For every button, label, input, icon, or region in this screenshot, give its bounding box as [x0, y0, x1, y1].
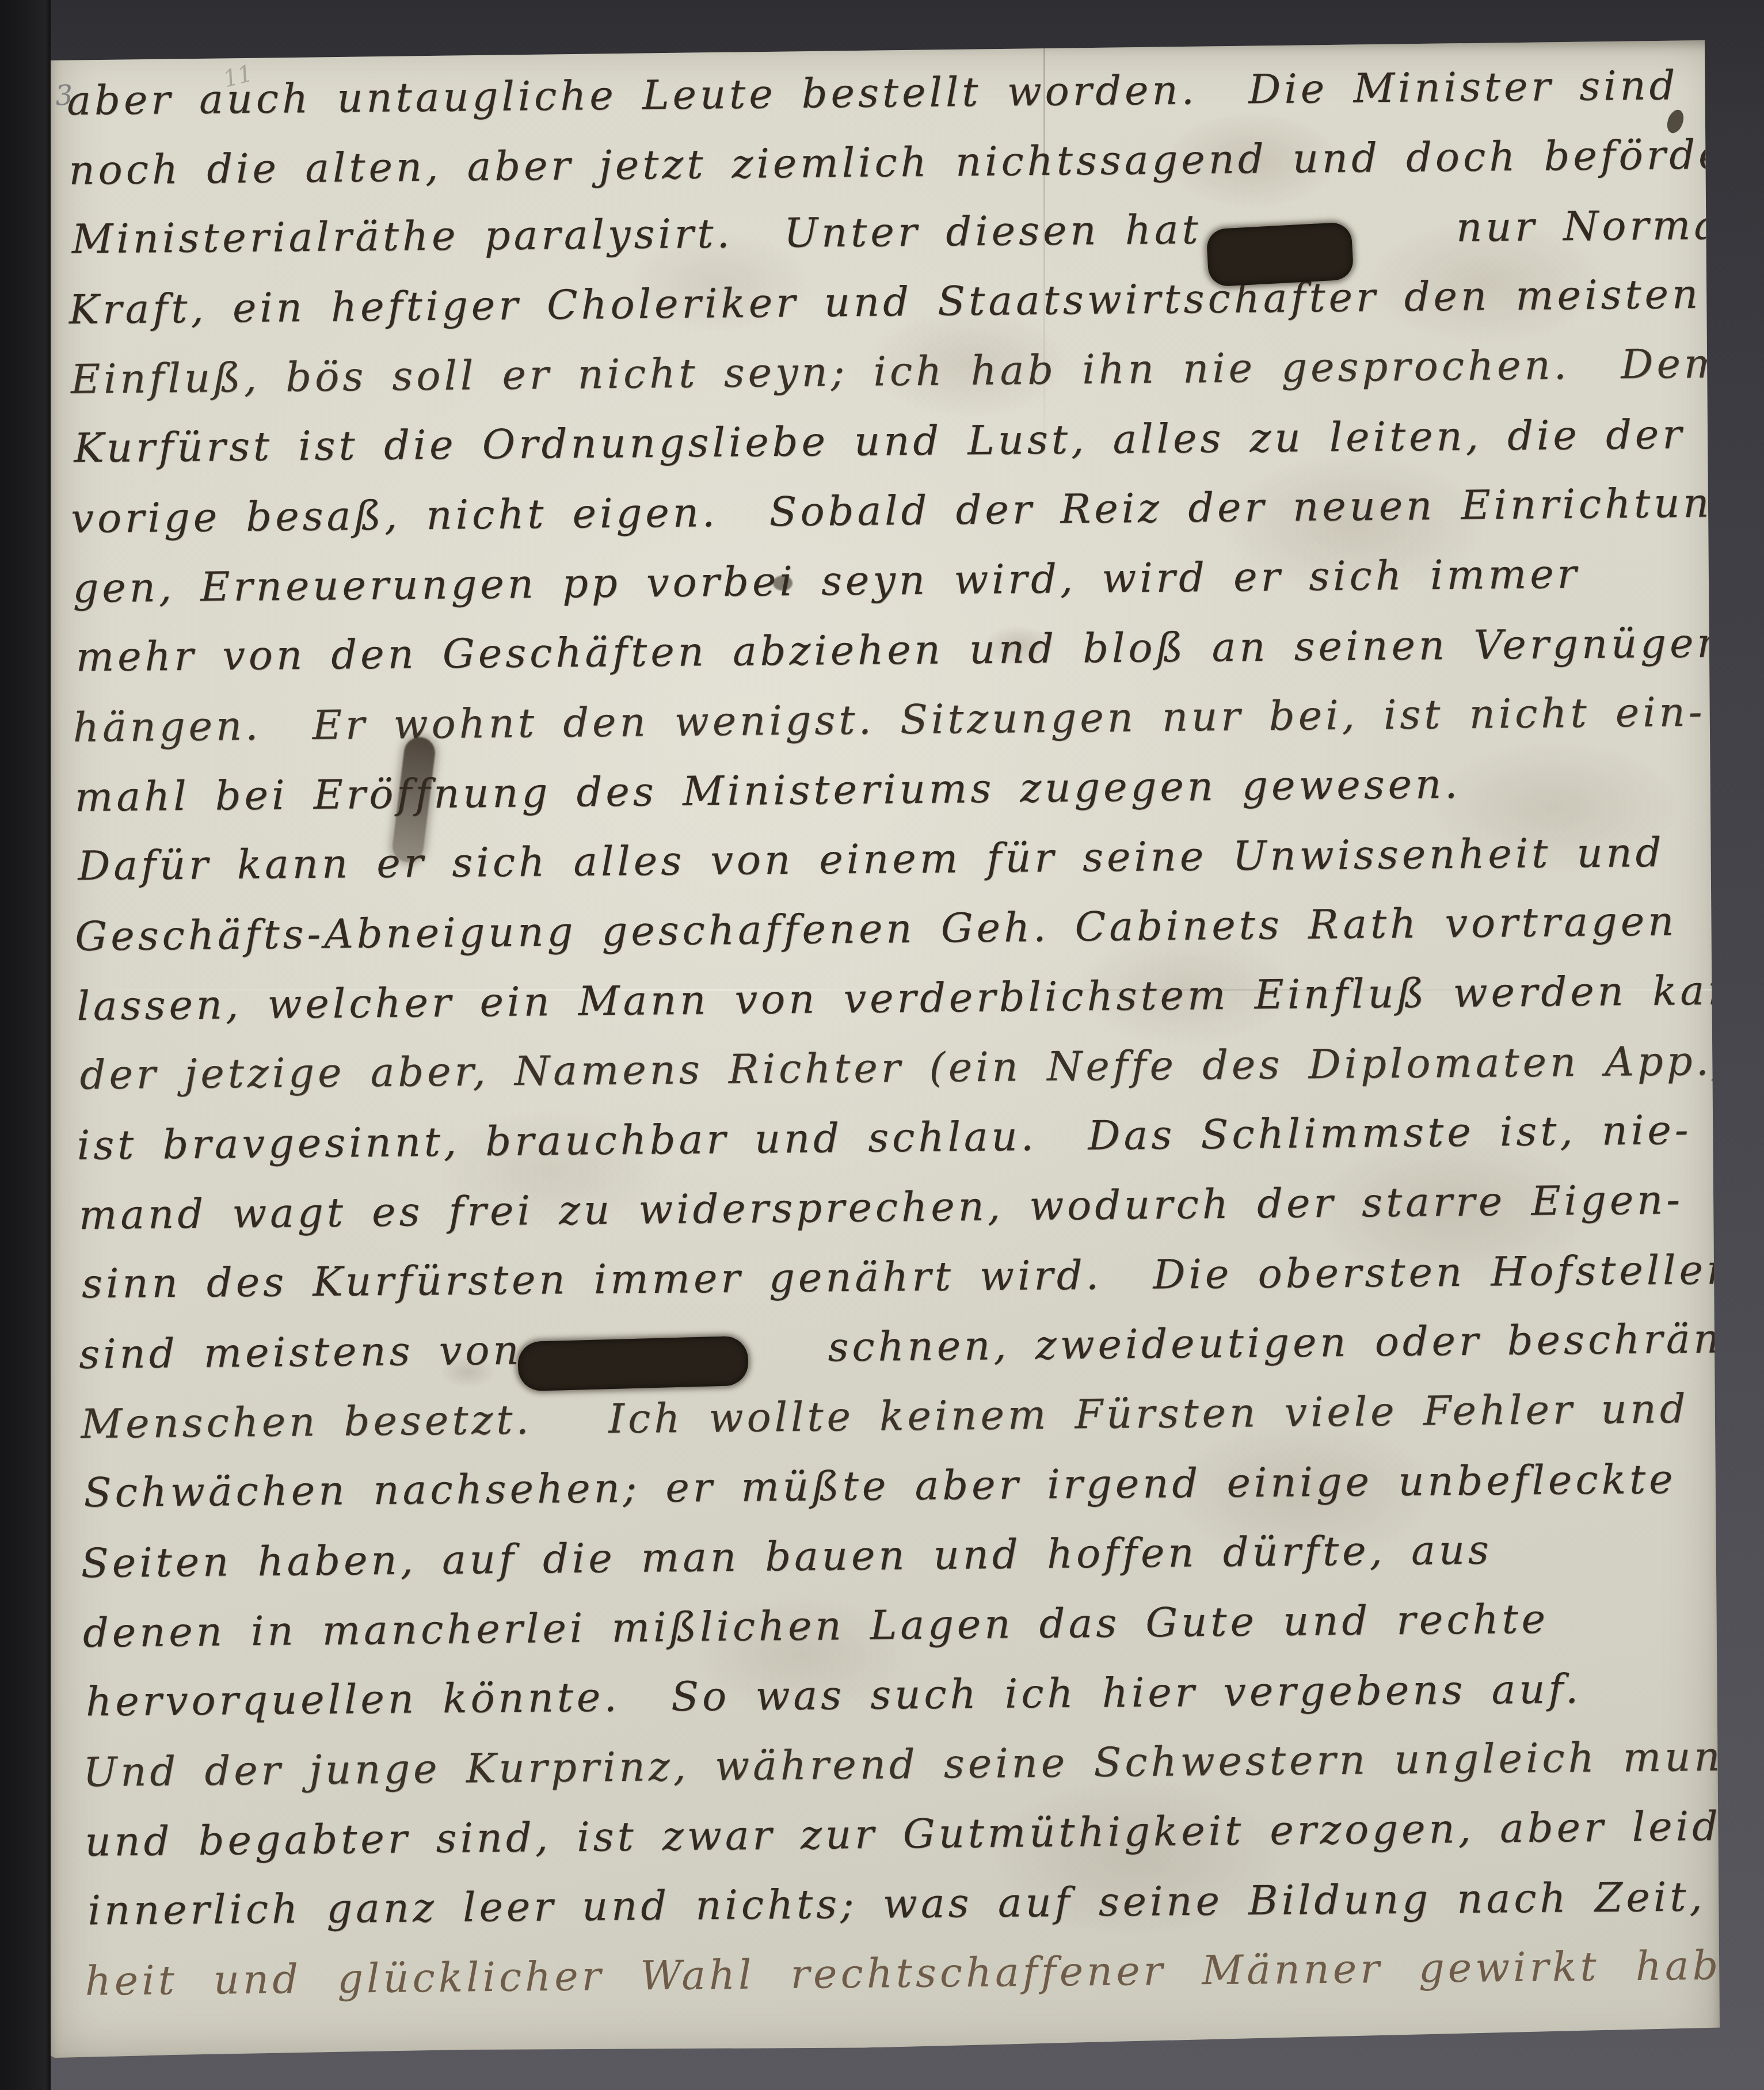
- scanned-letter-page: 3 11 aber auch untaugliche Leute bestell…: [0, 0, 1764, 2090]
- binding-edge-strip: [0, 0, 51, 2090]
- ink-strikethrough-blot: [1206, 222, 1354, 287]
- ink-speck: [773, 576, 793, 591]
- handwriting-block: aber auch untaugliche Leute bestellt wor…: [68, 62, 1732, 2027]
- ink-strikethrough-blot: [517, 1336, 749, 1391]
- letter-sheet: 3 11 aber auch untaugliche Leute bestell…: [51, 40, 1720, 2058]
